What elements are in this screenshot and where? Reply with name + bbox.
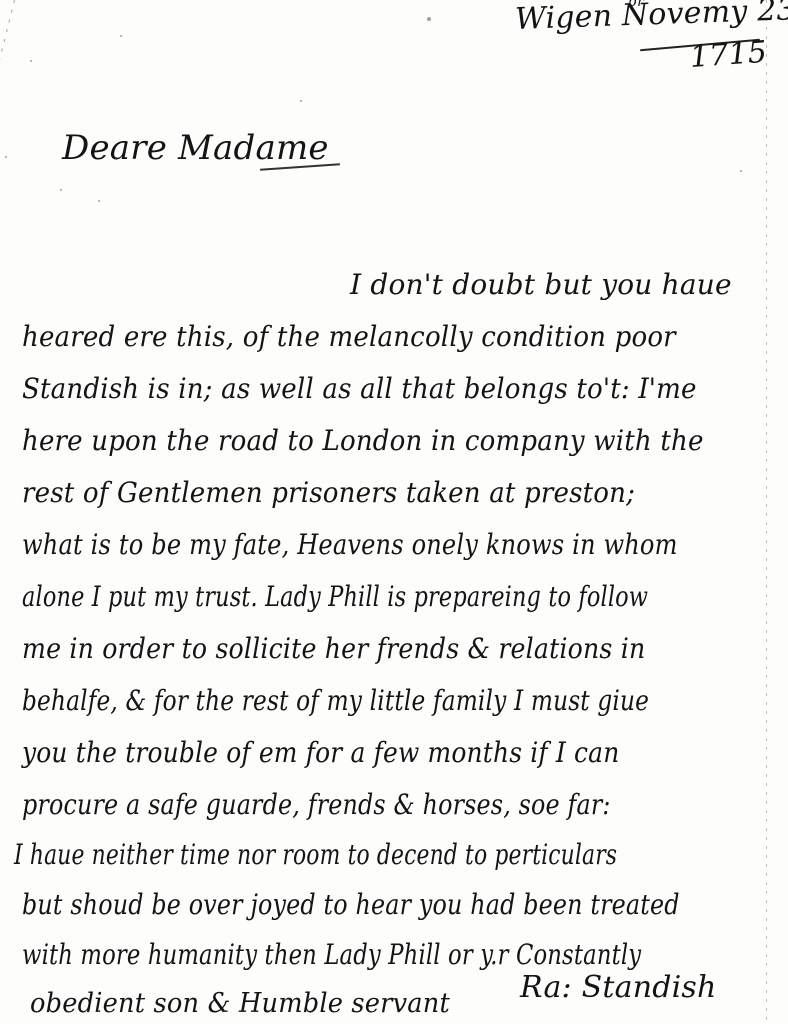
letter-line: me in order to sollicite her frends & re… <box>22 632 645 665</box>
date-superscript: br <box>628 0 644 10</box>
letter-line: procure a safe guarde, frends & horses, … <box>22 788 611 821</box>
letter-line: what is to be my fate, Heavens onely kno… <box>22 528 678 561</box>
scan-speck <box>427 17 431 21</box>
letter-line: I don't doubt but you haue <box>350 268 732 301</box>
letter-line: rest of Gentlemen prisoners taken at pre… <box>22 476 635 509</box>
letter-line: heared ere this, of the melancolly condi… <box>22 320 676 353</box>
letter-line: Standish is in; as well as all that belo… <box>22 372 697 405</box>
scan-speck <box>60 189 62 191</box>
year: 1715 <box>689 35 768 75</box>
scan-speck <box>300 100 302 102</box>
place-date: Wigen Novemy 23 <box>514 0 788 37</box>
letter-line: with more humanity then Lady Phill or y.… <box>22 938 641 971</box>
letter-line: I haue neither time nor room to decend t… <box>14 838 617 871</box>
letter-line: obedient son & Humble servant <box>30 988 450 1019</box>
paper-edge-mark <box>0 0 15 194</box>
letter-line: you the trouble of em for a few months i… <box>22 736 619 769</box>
letter-line: alone I put my trust. Lady Phill is prep… <box>22 580 648 613</box>
letter-page: Wigen Novemy 23 br 1715 Deare Madame I d… <box>0 0 788 1024</box>
scan-speck <box>98 200 100 202</box>
paper-fold-line <box>766 0 767 1024</box>
scan-speck <box>740 170 742 172</box>
scan-speck <box>30 60 32 62</box>
letter-line: here upon the road to London in company … <box>22 424 704 457</box>
signature: Ra: Standish <box>520 970 717 1005</box>
scan-speck <box>5 156 7 158</box>
letter-line: behalfe, & for the rest of my little fam… <box>22 684 649 717</box>
salutation: Deare Madame <box>62 128 329 168</box>
letter-line: but shoud be over joyed to hear you had … <box>22 888 680 921</box>
scan-speck <box>120 35 122 37</box>
